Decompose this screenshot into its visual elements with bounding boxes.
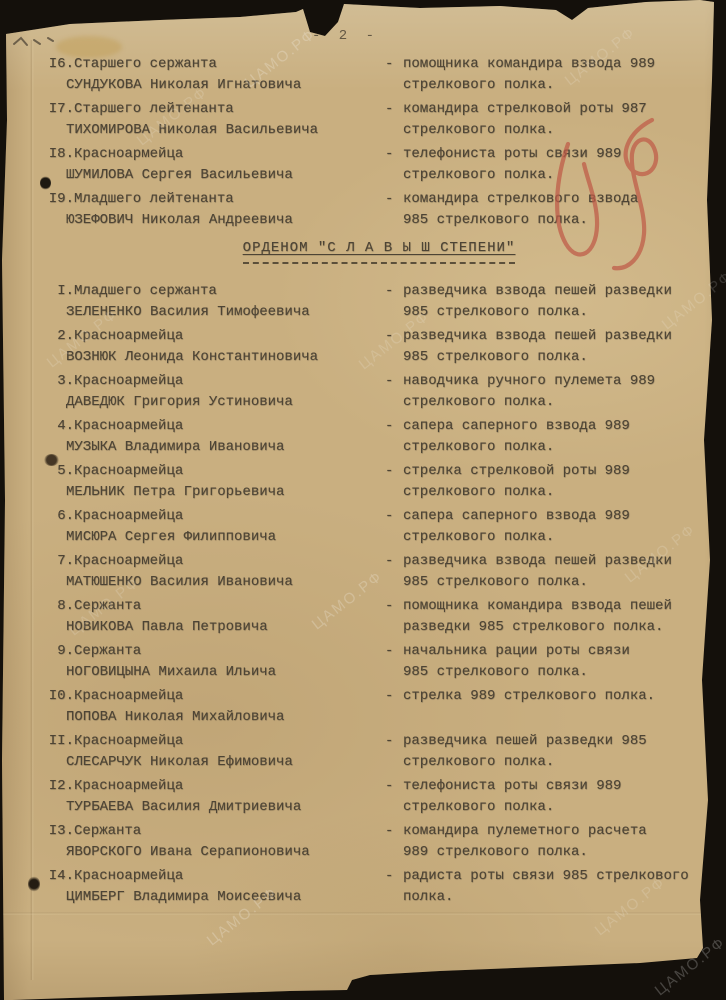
entry-rank: Красноармейца <box>74 463 183 479</box>
entry-name: МУЗЫКА Владимира Ивановича <box>66 437 385 458</box>
entry-name: НОГОВИЦЫНА Михаила Ильича <box>66 662 385 683</box>
dash-glyph: - <box>385 731 403 752</box>
award-entry-11: II.Красноармейца СЛЕСАРЧУК Николая Ефимо… <box>48 731 710 773</box>
entry-number: 9. <box>48 641 74 662</box>
entry-rank: Красноармейца <box>74 508 183 524</box>
award-entry-6: 6.Красноармейца МИСЮРА Сергея Филиппович… <box>48 506 710 548</box>
entry-name: ТИХОМИРОВА Николая Васильевича <box>66 120 385 141</box>
entry-number: I3. <box>48 821 74 842</box>
entry-number: I2. <box>48 776 74 797</box>
entry-name: ПОПОВА Николая Михайловича <box>66 707 385 728</box>
entry-rank: Сержанта <box>74 598 141 614</box>
award-entry-10: I0.Красноармейца ПОПОВА Николая Михайлов… <box>48 686 710 728</box>
entry-rank: Младшего лейтенанта <box>74 191 234 207</box>
entry-rank: Красноармейца <box>74 328 183 344</box>
award-entry-17: I7.Старшего лейтенанта ТИХОМИРОВА Никола… <box>48 99 710 141</box>
dash-glyph: - <box>385 551 403 572</box>
dash-glyph: - <box>385 686 403 707</box>
award-entry-14: I4.Красноармейца ЦИМБЕРГ Владимира Моисе… <box>48 866 710 908</box>
dash-glyph: - <box>385 54 403 75</box>
entry-role: командира пулеметного расчета 989 стрелк… <box>403 821 647 863</box>
entry-number: 3. <box>48 371 74 392</box>
scanned-document-page: { "page": { "label": "- 2 -", "watermark… <box>0 0 726 1000</box>
entry-number: 2. <box>48 326 74 347</box>
entry-rank: Сержанта <box>74 643 141 659</box>
document-content: I6.Старшего сержанта СУНДУКОВА Николая И… <box>48 54 710 911</box>
dash-glyph: - <box>385 371 403 392</box>
dash-glyph: - <box>385 326 403 347</box>
entry-role: начальника рации роты связи 985 стрелков… <box>403 641 630 683</box>
entry-role: помощника командира взвода 989 стрелково… <box>403 54 655 96</box>
award-entry-2: 2.Красноармейца ВОЗНЮК Леонида Константи… <box>48 326 710 368</box>
entry-rank: Красноармейца <box>74 733 183 749</box>
dash-glyph: - <box>385 461 403 482</box>
award-entry-4: 4.Красноармейца МУЗЫКА Владимира Иванови… <box>48 416 710 458</box>
dash-glyph: - <box>385 596 403 617</box>
entry-number: 5. <box>48 461 74 482</box>
award-entry-7: 7.Красноармейца МАТЮШЕНКО Василия Иванов… <box>48 551 710 593</box>
entry-role: командира стрелкового взвода 985 стрелко… <box>403 189 638 231</box>
entry-rank: Красноармейца <box>74 778 183 794</box>
entry-number: I0. <box>48 686 74 707</box>
entry-name: СУНДУКОВА Николая Игнатовича <box>66 75 385 96</box>
entry-number: 4. <box>48 416 74 437</box>
entry-name: НОВИКОВА Павла Петровича <box>66 617 385 638</box>
award-entry-12: I2.Красноармейца ТУРБАЕВА Василия Дмитри… <box>48 776 710 818</box>
entry-name: ЗЕЛЕНЕНКО Василия Тимофеевича <box>66 302 385 323</box>
entry-name: СЛЕСАРЧУК Николая Ефимовича <box>66 752 385 773</box>
award-entry-19: I9.Младшего лейтенанта ЮЗЕФОВИЧ Николая … <box>48 189 710 231</box>
dash-glyph: - <box>385 416 403 437</box>
entry-role: сапера саперного взвода 989 стрелкового … <box>403 416 630 458</box>
dash-glyph: - <box>385 144 403 165</box>
entry-number: II. <box>48 731 74 752</box>
entry-number: 8. <box>48 596 74 617</box>
entry-rank: Красноармейца <box>74 146 183 162</box>
entry-name: МАТЮШЕНКО Василия Ивановича <box>66 572 385 593</box>
entry-rank: Красноармейца <box>74 868 183 884</box>
award-entry-3: 3.Красноармейца ДАВЕДЮК Григория Устинов… <box>48 371 710 413</box>
entry-number: I7. <box>48 99 74 120</box>
vertical-crease <box>30 40 34 980</box>
entry-number: I4. <box>48 866 74 887</box>
entry-number: I6. <box>48 54 74 75</box>
dash-glyph: - <box>385 641 403 662</box>
dash-glyph: - <box>385 189 403 210</box>
entry-name: ДАВЕДЮК Григория Устиновича <box>66 392 385 413</box>
entry-number: 7. <box>48 551 74 572</box>
entry-role: стрелка стрелковой роты 989 стрелкового … <box>403 461 630 503</box>
entry-role: телефониста роты связи 989 стрелкового п… <box>403 144 621 186</box>
award-entry-5: 5.Красноармейца МЕЛЬНИК Петра Григорьеви… <box>48 461 710 503</box>
entry-name: МЕЛЬНИК Петра Григорьевича <box>66 482 385 503</box>
entry-rank: Старшего сержанта <box>74 56 217 72</box>
award-entry-16: I6.Старшего сержанта СУНДУКОВА Николая И… <box>48 54 710 96</box>
order-section-header: ОРДЕНОМ "С Л А В Ы Ш СТЕПЕНИ" <box>48 238 710 264</box>
entry-role: разведчика пешей разведки 985 стрелковог… <box>403 731 647 773</box>
entry-name: ЯВОРСКОГО Ивана Серапионовича <box>66 842 385 863</box>
entry-rank: Красноармейца <box>74 418 183 434</box>
horizontal-crease <box>0 912 726 915</box>
entry-role: разведчика взвода пешей разведки 985 стр… <box>403 281 672 323</box>
entry-role: стрелка 989 стрелкового полка. <box>403 686 655 707</box>
entry-rank: Младшего сержанта <box>74 283 217 299</box>
entry-rank: Красноармейца <box>74 688 183 704</box>
entry-number: I9. <box>48 189 74 210</box>
entry-role: телефониста роты связи 989 стрелкового п… <box>403 776 621 818</box>
entry-number: I. <box>48 281 74 302</box>
award-entry-8: 8.Сержанта НОВИКОВА Павла Петровича - по… <box>48 596 710 638</box>
entry-name: МИСЮРА Сергея Филипповича <box>66 527 385 548</box>
entry-role: разведчика взвода пешей разведки 985 стр… <box>403 326 672 368</box>
entry-number: 6. <box>48 506 74 527</box>
entry-role: помощника командира взвода пешей разведк… <box>403 596 672 638</box>
entry-role: радиста роты связи 985 стрелкового полка… <box>403 866 689 908</box>
award-entry-1: I.Младшего сержанта ЗЕЛЕНЕНКО Василия Ти… <box>48 281 710 323</box>
dash-glyph: - <box>385 281 403 302</box>
entry-rank: Красноармейца <box>74 553 183 569</box>
entry-rank: Сержанта <box>74 823 141 839</box>
page-number: - 2 - <box>312 28 379 44</box>
dash-glyph: - <box>385 506 403 527</box>
entry-name: ШУМИЛОВА Сергея Васильевича <box>66 165 385 186</box>
dash-glyph: - <box>385 866 403 887</box>
award-entry-13: I3.Сержанта ЯВОРСКОГО Ивана Серапионович… <box>48 821 710 863</box>
paper-hole <box>28 876 40 892</box>
dash-glyph: - <box>385 776 403 797</box>
entry-role: командира стрелковой роты 987 стрелковог… <box>403 99 647 141</box>
entry-name: ЦИМБЕРГ Владимира Моисеевича <box>66 887 385 908</box>
dash-glyph: - <box>385 99 403 120</box>
entry-role: сапера саперного взвода 989 стрелкового … <box>403 506 630 548</box>
entry-number: I8. <box>48 144 74 165</box>
order-section-title: ОРДЕНОМ "С Л А В Ы Ш СТЕПЕНИ" <box>243 238 516 264</box>
entry-name: ЮЗЕФОВИЧ Николая Андреевича <box>66 210 385 231</box>
entry-name: ТУРБАЕВА Василия Дмитриевича <box>66 797 385 818</box>
dash-glyph: - <box>385 821 403 842</box>
award-entry-9: 9.Сержанта НОГОВИЦЫНА Михаила Ильича - н… <box>48 641 710 683</box>
award-entry-18: I8.Красноармейца ШУМИЛОВА Сергея Василье… <box>48 144 710 186</box>
entry-role: наводчика ручного пулемета 989 стрелково… <box>403 371 655 413</box>
entry-rank: Красноармейца <box>74 373 183 389</box>
entry-rank: Старшего лейтенанта <box>74 101 234 117</box>
entry-role: разведчика взвода пешей разведки 985 стр… <box>403 551 672 593</box>
entry-name: ВОЗНЮК Леонида Константиновича <box>66 347 385 368</box>
